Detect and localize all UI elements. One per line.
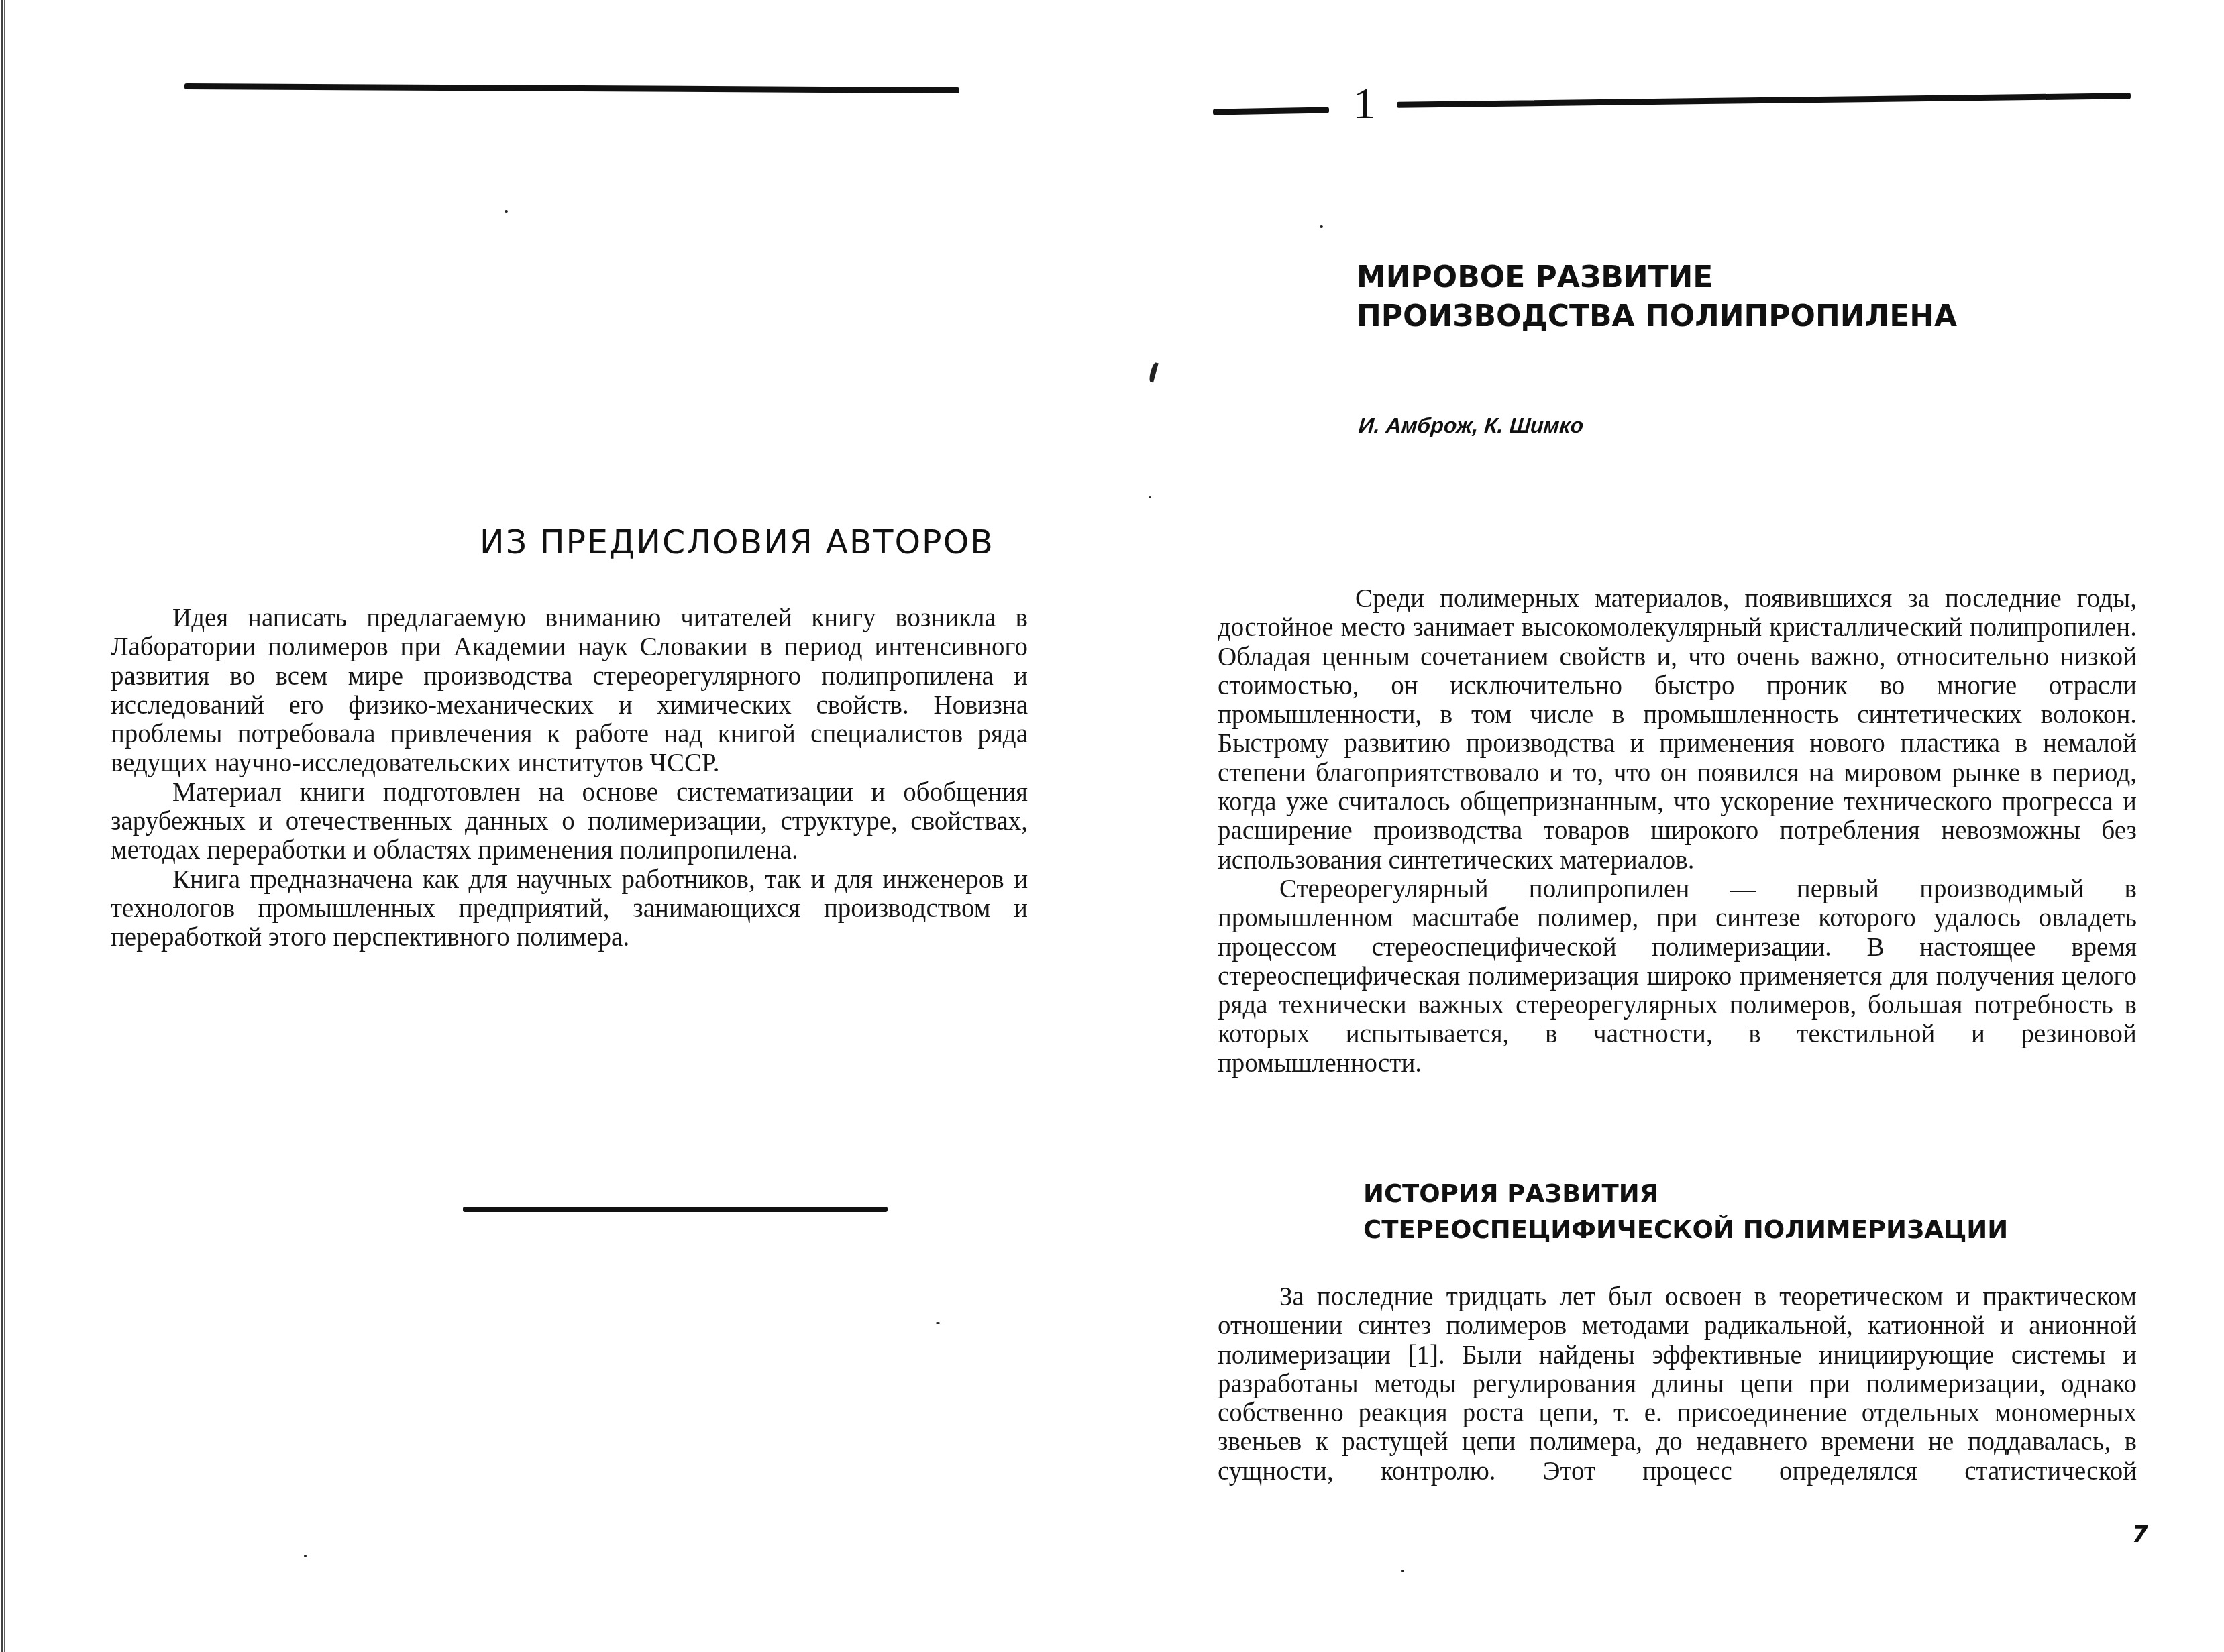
preface-heading: ИЗ ПРЕДИСЛОВИЯ АВТОРОВ xyxy=(480,523,994,561)
section-body: За последние тридцать лет был освоен в т… xyxy=(1218,1282,2137,1486)
scan-speck xyxy=(936,1322,940,1324)
scan-artifact-bracket xyxy=(1148,362,1158,382)
chapter-authors: И. Амброж, К. Шимко xyxy=(1358,413,1585,438)
top-decorative-rule xyxy=(184,83,959,93)
scan-speck xyxy=(1401,1570,1404,1572)
scan-speck xyxy=(304,1555,307,1557)
section-heading-line2: СТЕРЕОСПЕЦИФИЧЕСКОЙ ПОЛИМЕРИЗАЦИИ xyxy=(1363,1215,2008,1244)
scan-speck xyxy=(1320,225,1323,228)
preface-body: Идея написать предлагаемую вниманию чита… xyxy=(111,604,1028,952)
page-number: 7 xyxy=(2132,1521,2148,1548)
chapter-title-line1: МИРОВОЕ РАЗВИТИЕ xyxy=(1357,260,1713,294)
chapter-rule-right xyxy=(1397,93,2131,107)
chapter-title-line2: ПРОИЗВОДСТВА ПОЛИПРОПИЛЕНА xyxy=(1357,299,1957,333)
section-paragraph: За последние тридцать лет был освоен в т… xyxy=(1218,1282,2137,1486)
preface-paragraph: Книга предназначена как для научных рабо… xyxy=(111,865,1028,952)
bottom-decorative-rule xyxy=(463,1207,888,1212)
chapter-rule-left xyxy=(1213,107,1329,115)
preface-paragraph: Идея написать предлагаемую вниманию чита… xyxy=(111,604,1028,778)
scan-speck xyxy=(505,210,508,213)
intro-paragraph-first: Среди полимерных материалов, появившихся… xyxy=(1218,584,2137,875)
chapter-intro-body: Среди полимерных материалов, появившихся… xyxy=(1218,584,2137,1078)
intro-paragraph: Стереорегулярный полипропилен — первый п… xyxy=(1218,875,2137,1078)
scan-speck xyxy=(1149,496,1151,498)
preface-paragraph: Материал книги подготовлен на основе сис… xyxy=(111,778,1028,865)
chapter-number: 1 xyxy=(1353,82,1375,126)
right-page: 1 МИРОВОЕ РАЗВИТИЕ ПРОИЗВОДСТВА ПОЛИПРОП… xyxy=(1112,0,2224,1652)
section-heading-line1: ИСТОРИЯ РАЗВИТИЯ xyxy=(1363,1179,1658,1208)
left-page: ИЗ ПРЕДИСЛОВИЯ АВТОРОВ Идея написать пре… xyxy=(0,0,1112,1652)
